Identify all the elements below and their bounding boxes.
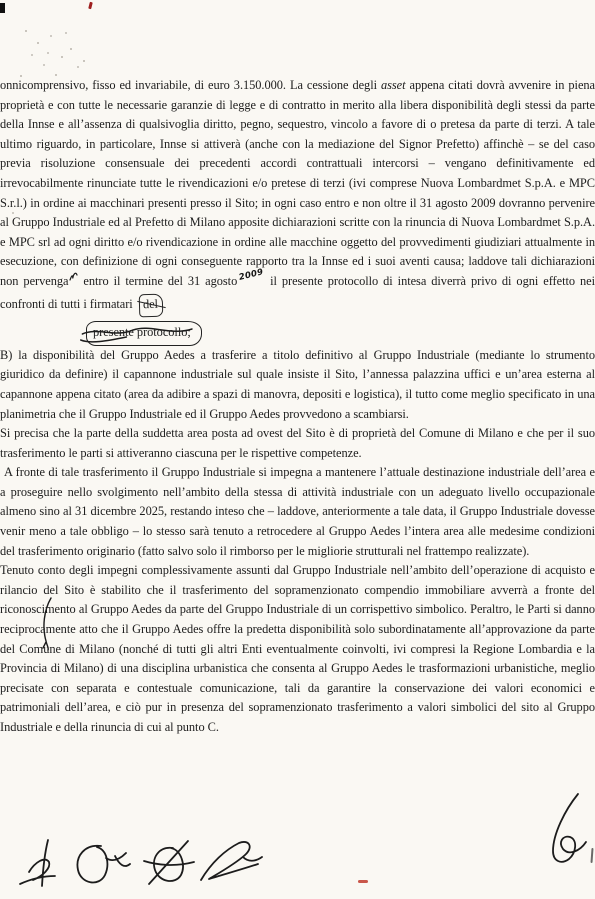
scan-corner-artifact bbox=[0, 3, 5, 13]
document-body: onnicomprensivo, fisso ed invariabile, d… bbox=[0, 76, 595, 738]
paragraph-asset-cession: onnicomprensivo, fisso ed invariabile, d… bbox=[0, 76, 595, 316]
crossed-out-line-row: presente protocollo; bbox=[86, 321, 595, 346]
margin-mark-icon bbox=[40, 596, 54, 652]
signature-initial-2 bbox=[77, 846, 130, 883]
body-text: appena citati dovrà avvenire in piena pr… bbox=[0, 78, 595, 288]
signature-initial-3 bbox=[144, 841, 194, 884]
scan-red-speck bbox=[88, 2, 93, 10]
body-text: entro il termine del 31 agosto bbox=[78, 274, 237, 288]
signature-initial-1 bbox=[20, 840, 55, 886]
handwritten-year-annotation: 2009 bbox=[237, 263, 266, 288]
signature-bottom-right bbox=[543, 790, 591, 872]
scanned-document-page: onnicomprensivo, fisso ed invariabile, d… bbox=[0, 0, 595, 899]
paragraph-b-west-area: Si precisa che la parte della suddetta a… bbox=[0, 424, 595, 463]
crossed-out-word: del bbox=[138, 293, 163, 316]
scan-speckles bbox=[25, 30, 27, 32]
signature-initial-4 bbox=[201, 842, 262, 880]
signatures-bottom-left bbox=[15, 834, 267, 896]
italic-word-asset: asset bbox=[381, 78, 406, 92]
paragraph-industrial-commitment: A fronte di tale trasferimento il Gruppo… bbox=[0, 463, 595, 561]
body-text: onnicomprensivo, fisso ed invariabile, d… bbox=[0, 78, 381, 92]
handwritten-insertion-mark-icon bbox=[69, 269, 78, 281]
scan-red-dash bbox=[358, 880, 368, 883]
scan-edge-mark bbox=[590, 848, 593, 863]
crossed-out-phrase-text: presente protocollo; bbox=[93, 325, 191, 339]
crossed-out-word-text: del bbox=[143, 296, 158, 310]
crossed-out-phrase: presente protocollo; bbox=[86, 321, 202, 346]
paragraph-symbolic-transfer: Tenuto conto degli impegni complessivame… bbox=[0, 561, 595, 737]
paragraph-b-availability: B) la disponibilità del Gruppo Aedes a t… bbox=[0, 346, 595, 424]
